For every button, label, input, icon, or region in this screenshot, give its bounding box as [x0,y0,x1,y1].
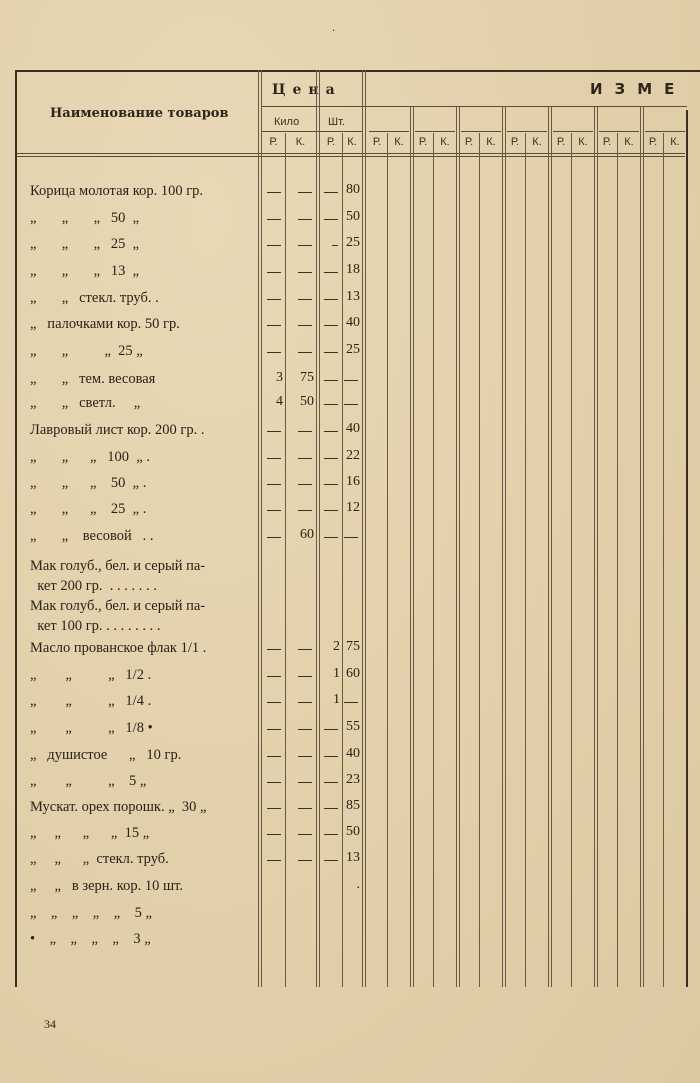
price-sht-k: 18 [342,262,360,278]
price-sht-k: 85 [342,798,360,814]
price-sht-k: 25 [342,235,360,251]
dash-empty-value [298,299,312,300]
column-header-kilo: Кило [274,116,299,128]
dash-empty-value [324,510,338,511]
price-sht-k: 22 [342,448,360,464]
dash-empty-value [324,325,338,326]
rub-label: Р. [320,136,342,148]
change-sub-rule [461,131,501,132]
item-name: „ „ „ 1/2 . [30,665,151,685]
item-name: „ „ стекл. труб. . [30,288,159,308]
column-header-changes: ИЗМЕ [590,80,686,98]
item-name: Мускат. орех порошк. „ 30 „ [30,797,206,817]
change-pair-divider [643,106,644,987]
price-sht-r: 1 [320,666,340,682]
item-name: „ „ весовой . . [30,526,154,546]
dash-empty-value [332,245,338,246]
rub-kop-divider [525,133,526,987]
dash-empty-value [267,782,281,783]
price-sht-k: 40 [342,421,360,437]
dash-empty-value [298,484,312,485]
price-sht-k: 60 [342,666,360,682]
dash-empty-value [298,676,312,677]
dash-empty-value [324,484,338,485]
dash-empty-value [344,537,358,538]
dash-empty-value [267,510,281,511]
rub-label: Р. [551,136,571,148]
item-name: „ „ „ 1/4 . [30,691,151,711]
price-sht-k: 40 [342,746,360,762]
dash-empty-value [298,834,312,835]
dash-empty-value [267,192,281,193]
dash-empty-value [267,484,281,485]
price-kilo-k: 50 [285,394,314,410]
kop-label: К. [617,136,641,148]
rub-kop-divider [571,133,572,987]
rub-label: Р. [367,136,387,148]
table-right-border [686,110,688,987]
change-pair-divider [597,106,598,987]
price-kilo-k: 60 [285,527,314,543]
change-pair-divider [410,106,411,987]
rub-kop-divider [285,133,286,987]
item-name: „ „ „ 13 „ [30,261,139,281]
dash-empty-value [324,458,338,459]
item-name: „ „ „ 1/8 • [30,718,153,738]
table-left-border [15,70,17,987]
rub-label: Р. [459,136,479,148]
dash-empty-value [267,299,281,300]
price-sht-k: 16 [342,474,360,490]
change-sub-rule [645,131,685,132]
column-divider [316,70,317,987]
dash-empty-value [267,729,281,730]
kop-label: К. [387,136,411,148]
item-name: „ „ в зерн. кор. 10 шт. [30,876,183,896]
change-pair-divider [548,106,549,987]
dash-empty-value [267,649,281,650]
dash-empty-value [298,860,312,861]
change-pair-divider [459,106,460,987]
header-bottom-rule [15,153,685,154]
dash-empty-value [298,702,312,703]
item-name: „ душистое „ 10 гр. [30,745,181,765]
item-name: Корица молотая кор. 100 гр. [30,181,203,201]
dash-empty-value [324,537,338,538]
dash-empty-value [298,245,312,246]
dash-empty-value [267,756,281,757]
dash-empty-value [324,756,338,757]
column-header-piece: Шт. [328,116,345,128]
item-name: „ „ тем. весовая [30,369,155,389]
dash-empty-value [298,756,312,757]
dash-empty-value [267,325,281,326]
dash-empty-value [267,537,281,538]
item-name: Лавровый лист кор. 200 гр. . [30,420,205,440]
kop-label: К. [663,136,687,148]
item-name: „ „ „ „ „ 5 „ [30,903,152,923]
dash-empty-value [324,299,338,300]
column-divider [258,70,259,987]
price-kilo-r: 4 [262,394,283,410]
item-name: „ „ „ 5 „ [30,771,146,791]
column-divider [362,70,363,987]
price-sht-k: 55 [342,719,360,735]
item-name: Мак голуб., бел. и серый па- кет 200 гр.… [30,556,205,596]
item-name: „ „ „ 25 „ . [30,499,146,519]
change-pair-divider [456,106,457,987]
change-sub-rule [415,131,455,132]
item-name: „ „ „ 25 „ [30,341,143,361]
price-sht-k: 75 [342,639,360,655]
price-sht-k: 80 [342,182,360,198]
dash-empty-value [298,649,312,650]
dash-empty-value [267,834,281,835]
column-divider [319,70,320,987]
item-name: „ „ „ „ 15 „ [30,823,149,843]
header-sub-rule [262,131,362,132]
item-name: Масло прованское флак 1/1 . [30,638,206,658]
dash-empty-value [298,219,312,220]
column-divider [261,70,262,987]
item-name: „ „ „ 25 „ [30,234,139,254]
dash-empty-value [298,808,312,809]
dash-empty-value [267,702,281,703]
item-name: „ „ „ 100 „ . [30,447,150,467]
change-sub-rule [507,131,547,132]
price-sht-k: 40 [342,315,360,331]
dash-empty-value [267,676,281,677]
table-top-rule [15,70,700,72]
change-sub-rule [369,131,409,132]
rub-label: Р. [505,136,525,148]
rub-kop-divider [433,133,434,987]
dash-empty-value [324,192,338,193]
item-name: • „ „ „ „ 3 „ [30,929,151,949]
dash-empty-value [298,325,312,326]
rub-kop-divider [387,133,388,987]
dash-empty-value [324,352,338,353]
dash-empty-value [344,702,358,703]
dash-empty-value [267,431,281,432]
item-name: „ „ „ стекл. труб. [30,849,169,869]
dash-empty-value [344,380,358,381]
price-kilo-r: 3 [262,370,283,386]
change-pair-divider [502,106,503,987]
column-header-price: Цена [272,82,342,98]
rub-kop-divider [479,133,480,987]
dash-empty-value [267,808,281,809]
item-name: Мак голуб., бел. и серый па- кет 100 гр.… [30,596,205,636]
rub-kop-divider [663,133,664,987]
dash-empty-value [324,431,338,432]
change-pair-divider [551,106,552,987]
dash-empty-value [298,782,312,783]
rub-label: Р. [262,136,285,148]
change-pair-divider [505,106,506,987]
dash-empty-value [267,860,281,861]
dash-empty-value [267,272,281,273]
page-number: 34 [44,1017,56,1032]
dash-empty-value [324,404,338,405]
dash-empty-value [267,352,281,353]
dash-empty-value [324,380,338,381]
dash-empty-value [267,219,281,220]
item-name: „ „ светл. „ [30,393,140,413]
dash-empty-value [267,458,281,459]
item-name: „ палочками кор. 50 гр. [30,314,180,334]
price-sht-k: 25 [342,342,360,358]
dash-empty-value [324,729,338,730]
change-pair-divider [413,106,414,987]
price-sht-r: 2 [320,639,340,655]
change-pair-divider [594,106,595,987]
column-header-goods-name: Наименование товаров [50,106,228,121]
top-mark: · [332,26,335,37]
price-kilo-k: 75 [285,370,314,386]
dash-empty-value [298,510,312,511]
kop-label: К. [342,136,362,148]
change-sub-rule [553,131,593,132]
change-sub-rule [599,131,639,132]
dash-empty-value [298,272,312,273]
dash-empty-value [298,431,312,432]
dash-empty-value [324,219,338,220]
dash-empty-value [298,729,312,730]
price-sht-k: 12 [342,500,360,516]
rub-label: Р. [643,136,663,148]
dash-empty-value [298,352,312,353]
kop-label: К. [285,136,316,148]
column-divider [365,70,366,987]
price-sht-k: . [342,877,360,893]
kop-label: К. [433,136,457,148]
header-mid-rule [262,106,687,107]
dash-empty-value [298,458,312,459]
price-sht-k: 13 [342,289,360,305]
kop-label: К. [571,136,595,148]
rub-label: Р. [413,136,433,148]
price-sht-k: 13 [342,850,360,866]
price-sht-r: 1 [320,692,340,708]
header-bottom-rule-2 [15,156,685,157]
dash-empty-value [344,404,358,405]
kop-label: К. [525,136,549,148]
dash-empty-value [324,808,338,809]
dash-empty-value [324,782,338,783]
dash-empty-value [267,245,281,246]
dash-empty-value [324,860,338,861]
item-name: „ „ „ 50 „ [30,208,139,228]
price-sht-k: 50 [342,209,360,225]
rub-label: Р. [597,136,617,148]
dash-empty-value [324,834,338,835]
price-sht-k: 23 [342,772,360,788]
dash-empty-value [324,272,338,273]
dash-empty-value [298,192,312,193]
kop-label: К. [479,136,503,148]
price-sht-k: 50 [342,824,360,840]
item-name: „ „ „ 50 „ . [30,473,146,493]
rub-kop-divider [617,133,618,987]
change-pair-divider [640,106,641,987]
